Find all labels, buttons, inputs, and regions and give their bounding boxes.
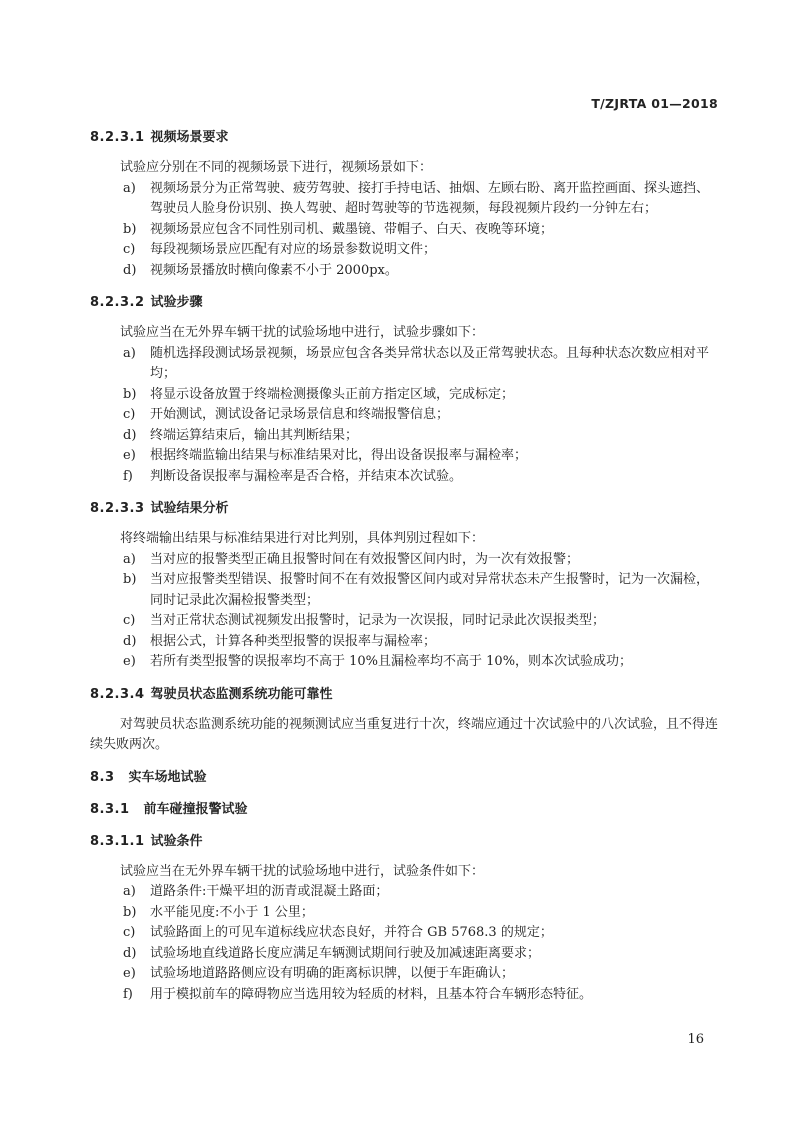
list-label: b) bbox=[123, 220, 136, 241]
list-text: 当对正常状态测试视频发出报警时，记录为一次误报，同时记录此次误报类型； bbox=[150, 613, 605, 628]
list-item: d)试验场地直线道路长度应满足车辆测试期间行驶及加减速距离要求； bbox=[90, 944, 720, 965]
list-label: d) bbox=[123, 944, 136, 965]
list-text: 用于模拟前车的障碍物应当选用较为轻质的材料，且基本符合车辆形态特征。 bbox=[150, 987, 592, 1002]
list-text: 将显示设备放置于终端检测摄像头正前方指定区域，完成标定； bbox=[150, 387, 514, 402]
list-label: b) bbox=[123, 903, 136, 924]
page-content: 8.2.3.1视频场景要求 试验应分别在不同的视频场景下进行，视频场景如下： a… bbox=[90, 128, 720, 1005]
section-number: 8.2.3.3 bbox=[90, 499, 145, 519]
list-item: c)当对正常状态测试视频发出报警时，记录为一次误报，同时记录此次误报类型； bbox=[90, 611, 720, 632]
list-label: a) bbox=[123, 179, 136, 200]
list-text: 试验场地道路路侧应设有明确的距离标识牌，以便于车距确认； bbox=[150, 966, 514, 981]
document-page: T/ZJRTA 01—2018 8.2.3.1视频场景要求 试验应分别在不同的视… bbox=[0, 0, 794, 1123]
list-item: a)道路条件:干燥平坦的沥青或混凝土路面； bbox=[90, 882, 720, 903]
list-text: 若所有类型报警的误报率均不高于 10%且漏检率均不高于 10%，则本次试验成功； bbox=[150, 654, 632, 669]
section-number: 8.3 bbox=[90, 768, 115, 788]
section-heading: 8.3.1.1试验条件 bbox=[90, 832, 720, 852]
list-label: b) bbox=[123, 570, 136, 591]
list-text: 视频场景播放时横向像素不小于 2000px。 bbox=[150, 263, 398, 278]
list-item: e)若所有类型报警的误报率均不高于 10%且漏检率均不高于 10%，则本次试验成… bbox=[90, 652, 720, 673]
list-item: b)水平能见度:不小于 1 公里； bbox=[90, 903, 720, 924]
list-label: d) bbox=[123, 426, 136, 447]
list-label: e) bbox=[123, 964, 136, 985]
list-item: a)视频场景分为正常驾驶、疲劳驾驶、接打手持电话、抽烟、左顾右盼、离开监控画面、… bbox=[90, 179, 720, 220]
list-item: b)将显示设备放置于终端检测摄像头正前方指定区域，完成标定； bbox=[90, 385, 720, 406]
list-text: 当对应的报警类型正确且报警时间在有效报警区间内时，为一次有效报警； bbox=[150, 552, 579, 567]
item-list: a)道路条件:干燥平坦的沥青或混凝土路面； b)水平能见度:不小于 1 公里； … bbox=[90, 882, 720, 1005]
section-intro: 试验应分别在不同的视频场景下进行，视频场景如下： bbox=[90, 158, 720, 179]
list-label: a) bbox=[123, 550, 136, 571]
section-heading: 8.2.3.2试验步骤 bbox=[90, 293, 720, 313]
list-text: 试验场地直线道路长度应满足车辆测试期间行驶及加减速距离要求； bbox=[150, 946, 540, 961]
section-number: 8.3.1 bbox=[90, 800, 130, 820]
section-number: 8.2.3.4 bbox=[90, 685, 145, 705]
list-item: d)根据公式，计算各种类型报警的误报率与漏检率； bbox=[90, 632, 720, 653]
list-item: c)试验路面上的可见车道标线应状态良好，并符合 GB 5768.3 的规定； bbox=[90, 923, 720, 944]
list-label: a) bbox=[123, 882, 136, 903]
list-label: b) bbox=[123, 385, 136, 406]
list-item: f)判断设备误报率与漏检率是否合格，并结束本次试验。 bbox=[90, 467, 720, 488]
list-text: 道路条件:干燥平坦的沥青或混凝土路面； bbox=[150, 884, 388, 899]
list-text: 根据终端监输出结果与标准结果对比，得出设备误报率与漏检率； bbox=[150, 448, 527, 463]
section-intro: 试验应当在无外界车辆干扰的试验场地中进行，试验步骤如下： bbox=[90, 323, 720, 344]
document-code: T/ZJRTA 01—2018 bbox=[591, 96, 718, 111]
section-intro: 试验应当在无外界车辆干扰的试验场地中进行，试验条件如下： bbox=[90, 862, 720, 883]
list-text: 开始测试，测试设备记录场景信息和终端报警信息； bbox=[150, 407, 449, 422]
list-text: 水平能见度:不小于 1 公里； bbox=[150, 905, 314, 920]
list-text: 终端运算结束后，输出其判断结果； bbox=[150, 428, 358, 443]
item-list: a)视频场景分为正常驾驶、疲劳驾驶、接打手持电话、抽烟、左顾右盼、离开监控画面、… bbox=[90, 179, 720, 282]
section-paragraph: 对驾驶员状态监测系统功能的视频测试应当重复进行十次，终端应通过十次试验中的八次试… bbox=[90, 715, 720, 756]
item-list: a)随机选择段测试场景视频，场景应包含各类异常状态以及正常驾驶状态。且每种状态次… bbox=[90, 344, 720, 488]
section-heading: 8.2.3.4驾驶员状态监测系统功能可靠性 bbox=[90, 685, 720, 705]
list-label: d) bbox=[123, 632, 136, 653]
section-heading: 8.2.3.1视频场景要求 bbox=[90, 128, 720, 148]
list-item: e)根据终端监输出结果与标准结果对比，得出设备误报率与漏检率； bbox=[90, 446, 720, 467]
list-item: b)视频场景应包含不同性别司机、戴墨镜、带帽子、白天、夜晚等环境； bbox=[90, 220, 720, 241]
section-title: 试验步骤 bbox=[151, 295, 203, 310]
list-item: b)当对应报警类型错误、报警时间不在有效报警区间内或对异常状态未产生报警时，记为… bbox=[90, 570, 720, 611]
list-label: c) bbox=[123, 240, 135, 261]
list-text: 根据公式，计算各种类型报警的误报率与漏检率； bbox=[150, 634, 436, 649]
list-label: d) bbox=[123, 261, 136, 282]
list-text: 每段视频场景应匹配有对应的场景参数说明文件； bbox=[150, 242, 436, 257]
section-number: 8.3.1.1 bbox=[90, 832, 145, 852]
list-item: a)随机选择段测试场景视频，场景应包含各类异常状态以及正常驾驶状态。且每种状态次… bbox=[90, 344, 720, 385]
section-title: 驾驶员状态监测系统功能可靠性 bbox=[151, 687, 333, 702]
list-label: e) bbox=[123, 652, 136, 673]
list-label: e) bbox=[123, 446, 136, 467]
list-item: f)用于模拟前车的障碍物应当选用较为轻质的材料，且基本符合车辆形态特征。 bbox=[90, 985, 720, 1006]
list-item: a)当对应的报警类型正确且报警时间在有效报警区间内时，为一次有效报警； bbox=[90, 550, 720, 571]
section-number: 8.2.3.2 bbox=[90, 293, 145, 313]
section-title: 视频场景要求 bbox=[151, 130, 229, 145]
list-label: f) bbox=[123, 985, 133, 1006]
list-text: 试验路面上的可见车道标线应状态良好，并符合 GB 5768.3 的规定； bbox=[150, 925, 553, 940]
list-text: 视频场景分为正常驾驶、疲劳驾驶、接打手持电话、抽烟、左顾右盼、离开监控画面、探头… bbox=[150, 181, 709, 217]
list-item: c)开始测试，测试设备记录场景信息和终端报警信息； bbox=[90, 405, 720, 426]
list-item: d)终端运算结束后，输出其判断结果； bbox=[90, 426, 720, 447]
list-text: 判断设备误报率与漏检率是否合格，并结束本次试验。 bbox=[150, 469, 462, 484]
list-label: c) bbox=[123, 923, 135, 944]
list-label: c) bbox=[123, 405, 135, 426]
list-text: 随机选择段测试场景视频，场景应包含各类异常状态以及正常驾驶状态。且每种状态次数应… bbox=[150, 346, 709, 382]
section-title: 实车场地试验 bbox=[129, 770, 207, 785]
list-item: c)每段视频场景应匹配有对应的场景参数说明文件； bbox=[90, 240, 720, 261]
list-text: 视频场景应包含不同性别司机、戴墨镜、带帽子、白天、夜晚等环境； bbox=[150, 222, 553, 237]
section-intro: 将终端输出结果与标准结果进行对比判别，具体判别过程如下： bbox=[90, 529, 720, 550]
section-title: 前车碰撞报警试验 bbox=[144, 802, 248, 817]
list-item: e)试验场地道路路侧应设有明确的距离标识牌，以便于车距确认； bbox=[90, 964, 720, 985]
section-title: 试验结果分析 bbox=[151, 501, 229, 516]
section-title: 试验条件 bbox=[151, 834, 203, 849]
list-label: a) bbox=[123, 344, 136, 365]
section-heading: 8.3.1前车碰撞报警试验 bbox=[90, 800, 720, 820]
page-number: 16 bbox=[687, 1032, 704, 1047]
list-label: f) bbox=[123, 467, 133, 488]
item-list: a)当对应的报警类型正确且报警时间在有效报警区间内时，为一次有效报警； b)当对… bbox=[90, 550, 720, 673]
section-heading: 8.2.3.3试验结果分析 bbox=[90, 499, 720, 519]
list-label: c) bbox=[123, 611, 135, 632]
section-heading: 8.3实车场地试验 bbox=[90, 768, 720, 788]
list-item: d)视频场景播放时横向像素不小于 2000px。 bbox=[90, 261, 720, 282]
list-text: 当对应报警类型错误、报警时间不在有效报警区间内或对异常状态未产生报警时，记为一次… bbox=[150, 572, 709, 608]
section-number: 8.2.3.1 bbox=[90, 128, 145, 148]
